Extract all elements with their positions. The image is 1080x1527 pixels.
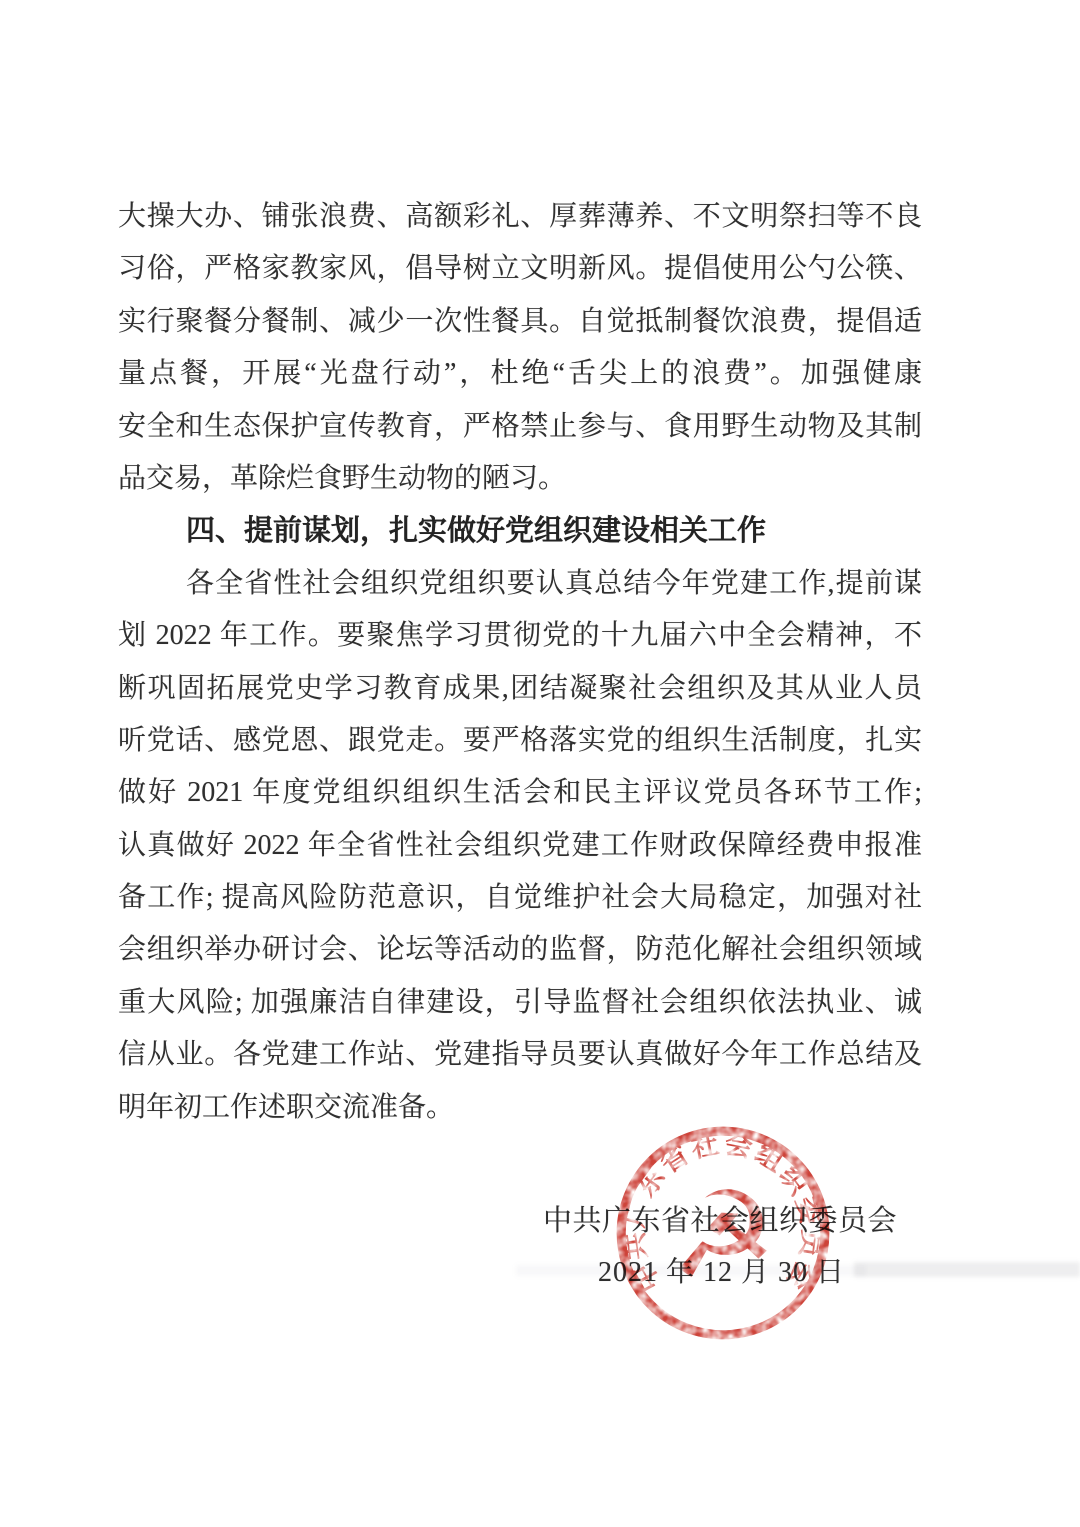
body-line: 各全省性社会组织党组织要认真总结今年党建工作,提前谋 [118,558,922,610]
body-line: 习俗，严格家教家风，倡导树立文明新风。提倡使用公勺公筷、 [118,243,922,295]
section-heading: 四、提前谋划，扎实做好党组织建设相关工作 [118,505,922,557]
body-line: 信从业。各党建工作站、党建指导员要认真做好今年工作总结及 [118,1029,922,1081]
body-line: 大操大办、铺张浪费、高额彩礼、厚葬薄养、不文明祭扫等不良 [118,191,922,243]
body-line: 备工作; 提高风险防范意识，自觉维护社会大局稳定，加强对社 [118,872,922,924]
body-line: 实行聚餐分餐制、减少一次性餐具。自觉抵制餐饮浪费，提倡适 [118,296,922,348]
body-line: 听党话、感党恩、跟党走。要严格落实党的组织生活制度，扎实 [118,715,922,767]
body-line: 重大风险; 加强廉洁自律建设，引导监督社会组织依法执业、诚 [118,977,922,1029]
hammer-sickle-icon: ☭ [669,1166,777,1306]
body-line: 断巩固拓展党史学习教育成果,团结凝聚社会组织及其从业人员 [118,663,922,715]
scan-artifact-band [854,1262,1080,1277]
body-line: 认真做好 2022 年全省性社会组织党建工作财政保障经费申报准 [118,820,922,872]
body-line: 品交易，革除烂食野生动物的陋习。 [118,453,922,505]
document-body: 大操大办、铺张浪费、高额彩礼、厚葬薄养、不文明祭扫等不良 习俗，严格家教家风，倡… [118,191,922,1134]
official-seal: 中共广东省社会组织委员会 ☭ [611,1121,835,1345]
body-line: 会组织举办研讨会、论坛等活动的监督，防范化解社会组织领域 [118,924,922,976]
scanned-document-page: 大操大办、铺张浪费、高额彩礼、厚葬薄养、不文明祭扫等不良 习俗，严格家教家风，倡… [0,0,1080,1527]
body-line: 安全和生态保护宣传教育，严格禁止参与、食用野生动物及其制 [118,401,922,453]
body-line: 做好 2021 年度党组织组织生活会和民主评议党员各环节工作; [118,767,922,819]
body-line: 划 2022 年工作。要聚焦学习贯彻党的十九届六中全会精神，不 [118,610,922,662]
body-line: 量点餐，开展“光盘行动”，杜绝“舌尖上的浪费”。加强健康 [118,348,922,400]
